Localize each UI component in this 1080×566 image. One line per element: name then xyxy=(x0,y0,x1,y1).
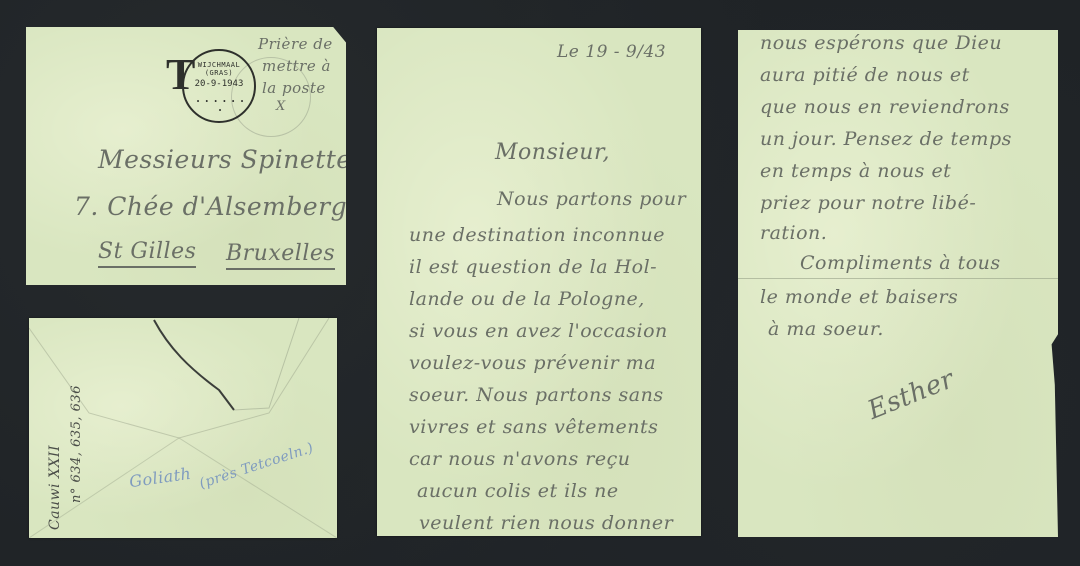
closing-line: le monde et baisers xyxy=(760,286,958,308)
letter-line: il est question de la Hol- xyxy=(409,256,657,278)
letter-page-2: nous espérons que Dieu aura pitié de nou… xyxy=(738,30,1058,537)
letter-line: si vous en avez l'occasion xyxy=(409,320,668,342)
letter-line: aura pitié de nous et xyxy=(760,64,970,86)
envelope-back: Cauwi XXII n° 634, 635, 636 Goliath (prè… xyxy=(29,318,337,538)
address-recipient: Messieurs Spinette xyxy=(98,145,346,174)
letter-page-1: Le 19 - 9/43 Monsieur, Nous partons pour… xyxy=(377,28,701,536)
post-note-line: mettre à xyxy=(262,57,331,75)
post-note-line: la poste xyxy=(262,79,326,97)
archive-label: Cauwi XXII xyxy=(47,445,63,530)
envelope-front: T WIJCHMAAL (GRAS) 20-9-1943 • • • • • •… xyxy=(26,27,346,285)
address-city: Bruxelles xyxy=(226,241,335,270)
fold-crease xyxy=(738,278,1058,279)
postmark-dots: • • • • • • • xyxy=(196,97,246,115)
postmark-date: 20-9-1943 xyxy=(184,79,254,89)
letter-line: en temps à nous et xyxy=(760,160,951,182)
address-street: 7. Chée d'Alsemberg xyxy=(74,192,346,221)
postmark-location: WIJCHMAAL (GRAS) xyxy=(184,61,254,77)
letter-date: Le 19 - 9/43 xyxy=(557,42,666,62)
post-note-line: Prière de xyxy=(258,35,333,53)
letter-line: Nous partons pour xyxy=(497,188,686,210)
address-district: St Gilles xyxy=(98,239,196,268)
signature: Esther xyxy=(864,364,959,426)
letter-line: ration. xyxy=(760,222,827,244)
letter-line: voulez-vous prévenir ma xyxy=(409,352,656,374)
letter-line: aucun colis et ils ne xyxy=(417,480,619,502)
letter-salutation: Monsieur, xyxy=(495,140,610,165)
letter-line: soeur. Nous partons sans xyxy=(409,384,664,406)
archive-numbers: n° 634, 635, 636 xyxy=(69,385,84,503)
letter-line: une destination inconnue xyxy=(409,224,665,246)
postmark: WIJCHMAAL (GRAS) 20-9-1943 • • • • • • • xyxy=(182,49,256,123)
letter-line: un jour. Pensez de temps xyxy=(760,128,1012,150)
letter-line: vivres et sans vêtements xyxy=(409,416,658,438)
post-note-line: X xyxy=(276,99,286,114)
closing-line: à ma soeur. xyxy=(768,318,884,340)
letter-line: priez pour notre libé- xyxy=(760,192,976,214)
letter-line: que nous en reviendrons xyxy=(760,96,1010,118)
letter-line: nous espérons que Dieu xyxy=(760,32,1002,54)
letter-line: veulent rien nous donner xyxy=(419,512,673,534)
letter-line: car nous n'avons reçu xyxy=(409,448,631,470)
letter-line: lande ou de la Pologne, xyxy=(409,288,645,310)
closing-line: Compliments à tous xyxy=(800,252,1001,274)
